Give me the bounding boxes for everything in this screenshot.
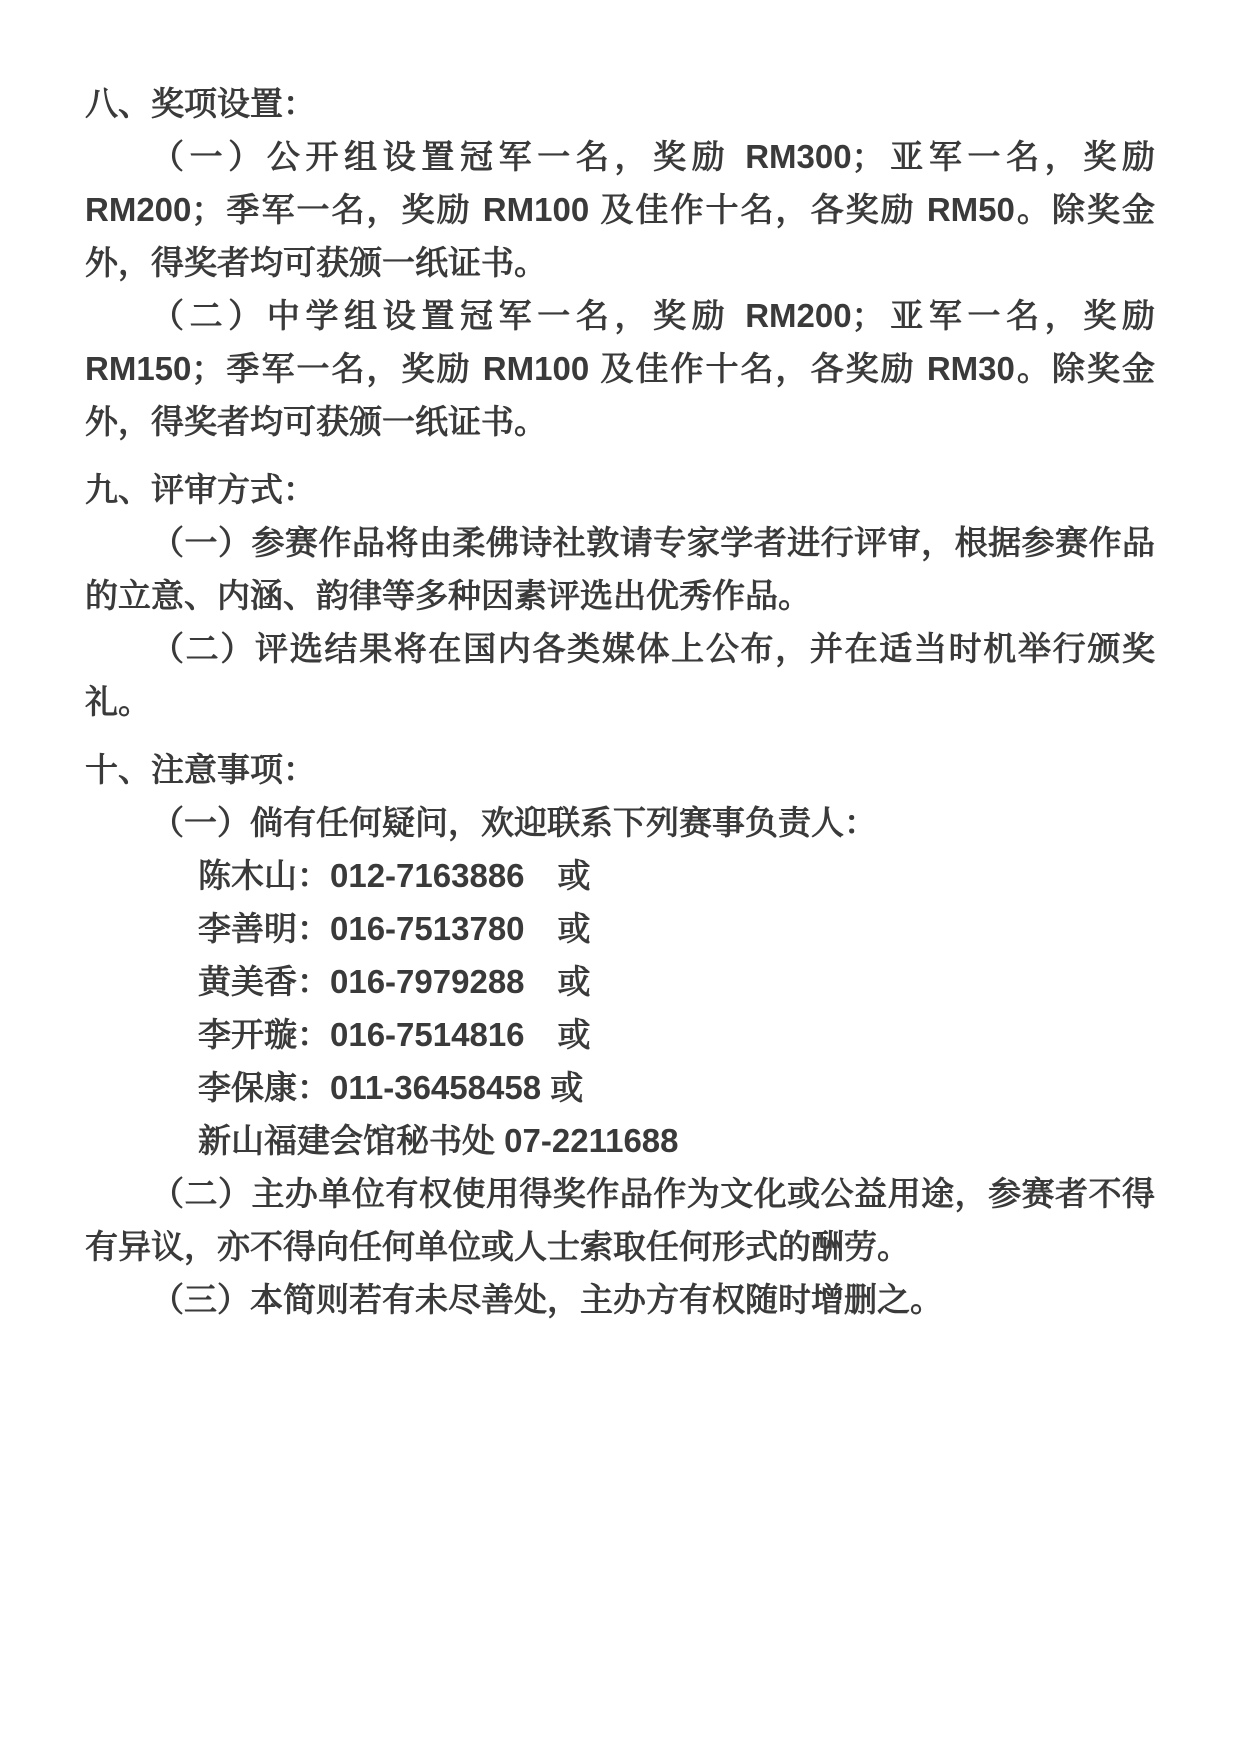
section-prizes-heading: 八、奖项设置： — [85, 77, 1155, 130]
paragraph-judging-process: （一）参赛作品将由柔佛诗社敦请专家学者进行评审，根据参赛作品的立意、内涵、韵律等… — [85, 516, 1155, 622]
paragraph-usage-rights: （二）主办单位有权使用得奖作品作为文化或公益用途，参赛者不得有异议，亦不得向任何… — [85, 1167, 1155, 1273]
contact-line-secretariat: 新山福建会馆秘书处 07-2211688 — [85, 1114, 1155, 1167]
paragraph-amendment-rights: （三）本简则若有未尽善处，主办方有权随时增删之。 — [85, 1273, 1155, 1326]
contact-line: 李善明：016-7513780 或 — [85, 902, 1155, 955]
contact-line: 黄美香：016-7979288 或 — [85, 955, 1155, 1008]
paragraph-results-announcement: （二）评选结果将在国内各类媒体上公布，并在适当时机举行颁奖礼。 — [85, 622, 1155, 728]
contact-line: 李开璇：016-7514816 或 — [85, 1008, 1155, 1061]
section-judging-heading: 九、评审方式： — [85, 463, 1155, 516]
section-notes: 十、注意事项： （一）倘有任何疑问，欢迎联系下列赛事负责人： 陈木山：012-7… — [85, 743, 1155, 1326]
paragraph-open-group-prizes: （一）公开组设置冠军一名，奖励 RM300；亚军一名，奖励 RM200；季军一名… — [85, 130, 1155, 289]
section-judging: 九、评审方式： （一）参赛作品将由柔佛诗社敦请专家学者进行评审，根据参赛作品的立… — [85, 463, 1155, 728]
section-notes-heading: 十、注意事项： — [85, 743, 1155, 796]
section-prizes: 八、奖项设置： （一）公开组设置冠军一名，奖励 RM300；亚军一名，奖励 RM… — [85, 77, 1155, 448]
contact-line: 陈木山：012-7163886 或 — [85, 849, 1155, 902]
paragraph-secondary-group-prizes: （二）中学组设置冠军一名，奖励 RM200；亚军一名，奖励 RM150；季军一名… — [85, 289, 1155, 448]
paragraph-contact-intro: （一）倘有任何疑问，欢迎联系下列赛事负责人： — [85, 796, 1155, 849]
document-page: 八、奖项设置： （一）公开组设置冠军一名，奖励 RM300；亚军一名，奖励 RM… — [0, 0, 1241, 1755]
contact-line: 李保康：011-36458458 或 — [85, 1061, 1155, 1114]
